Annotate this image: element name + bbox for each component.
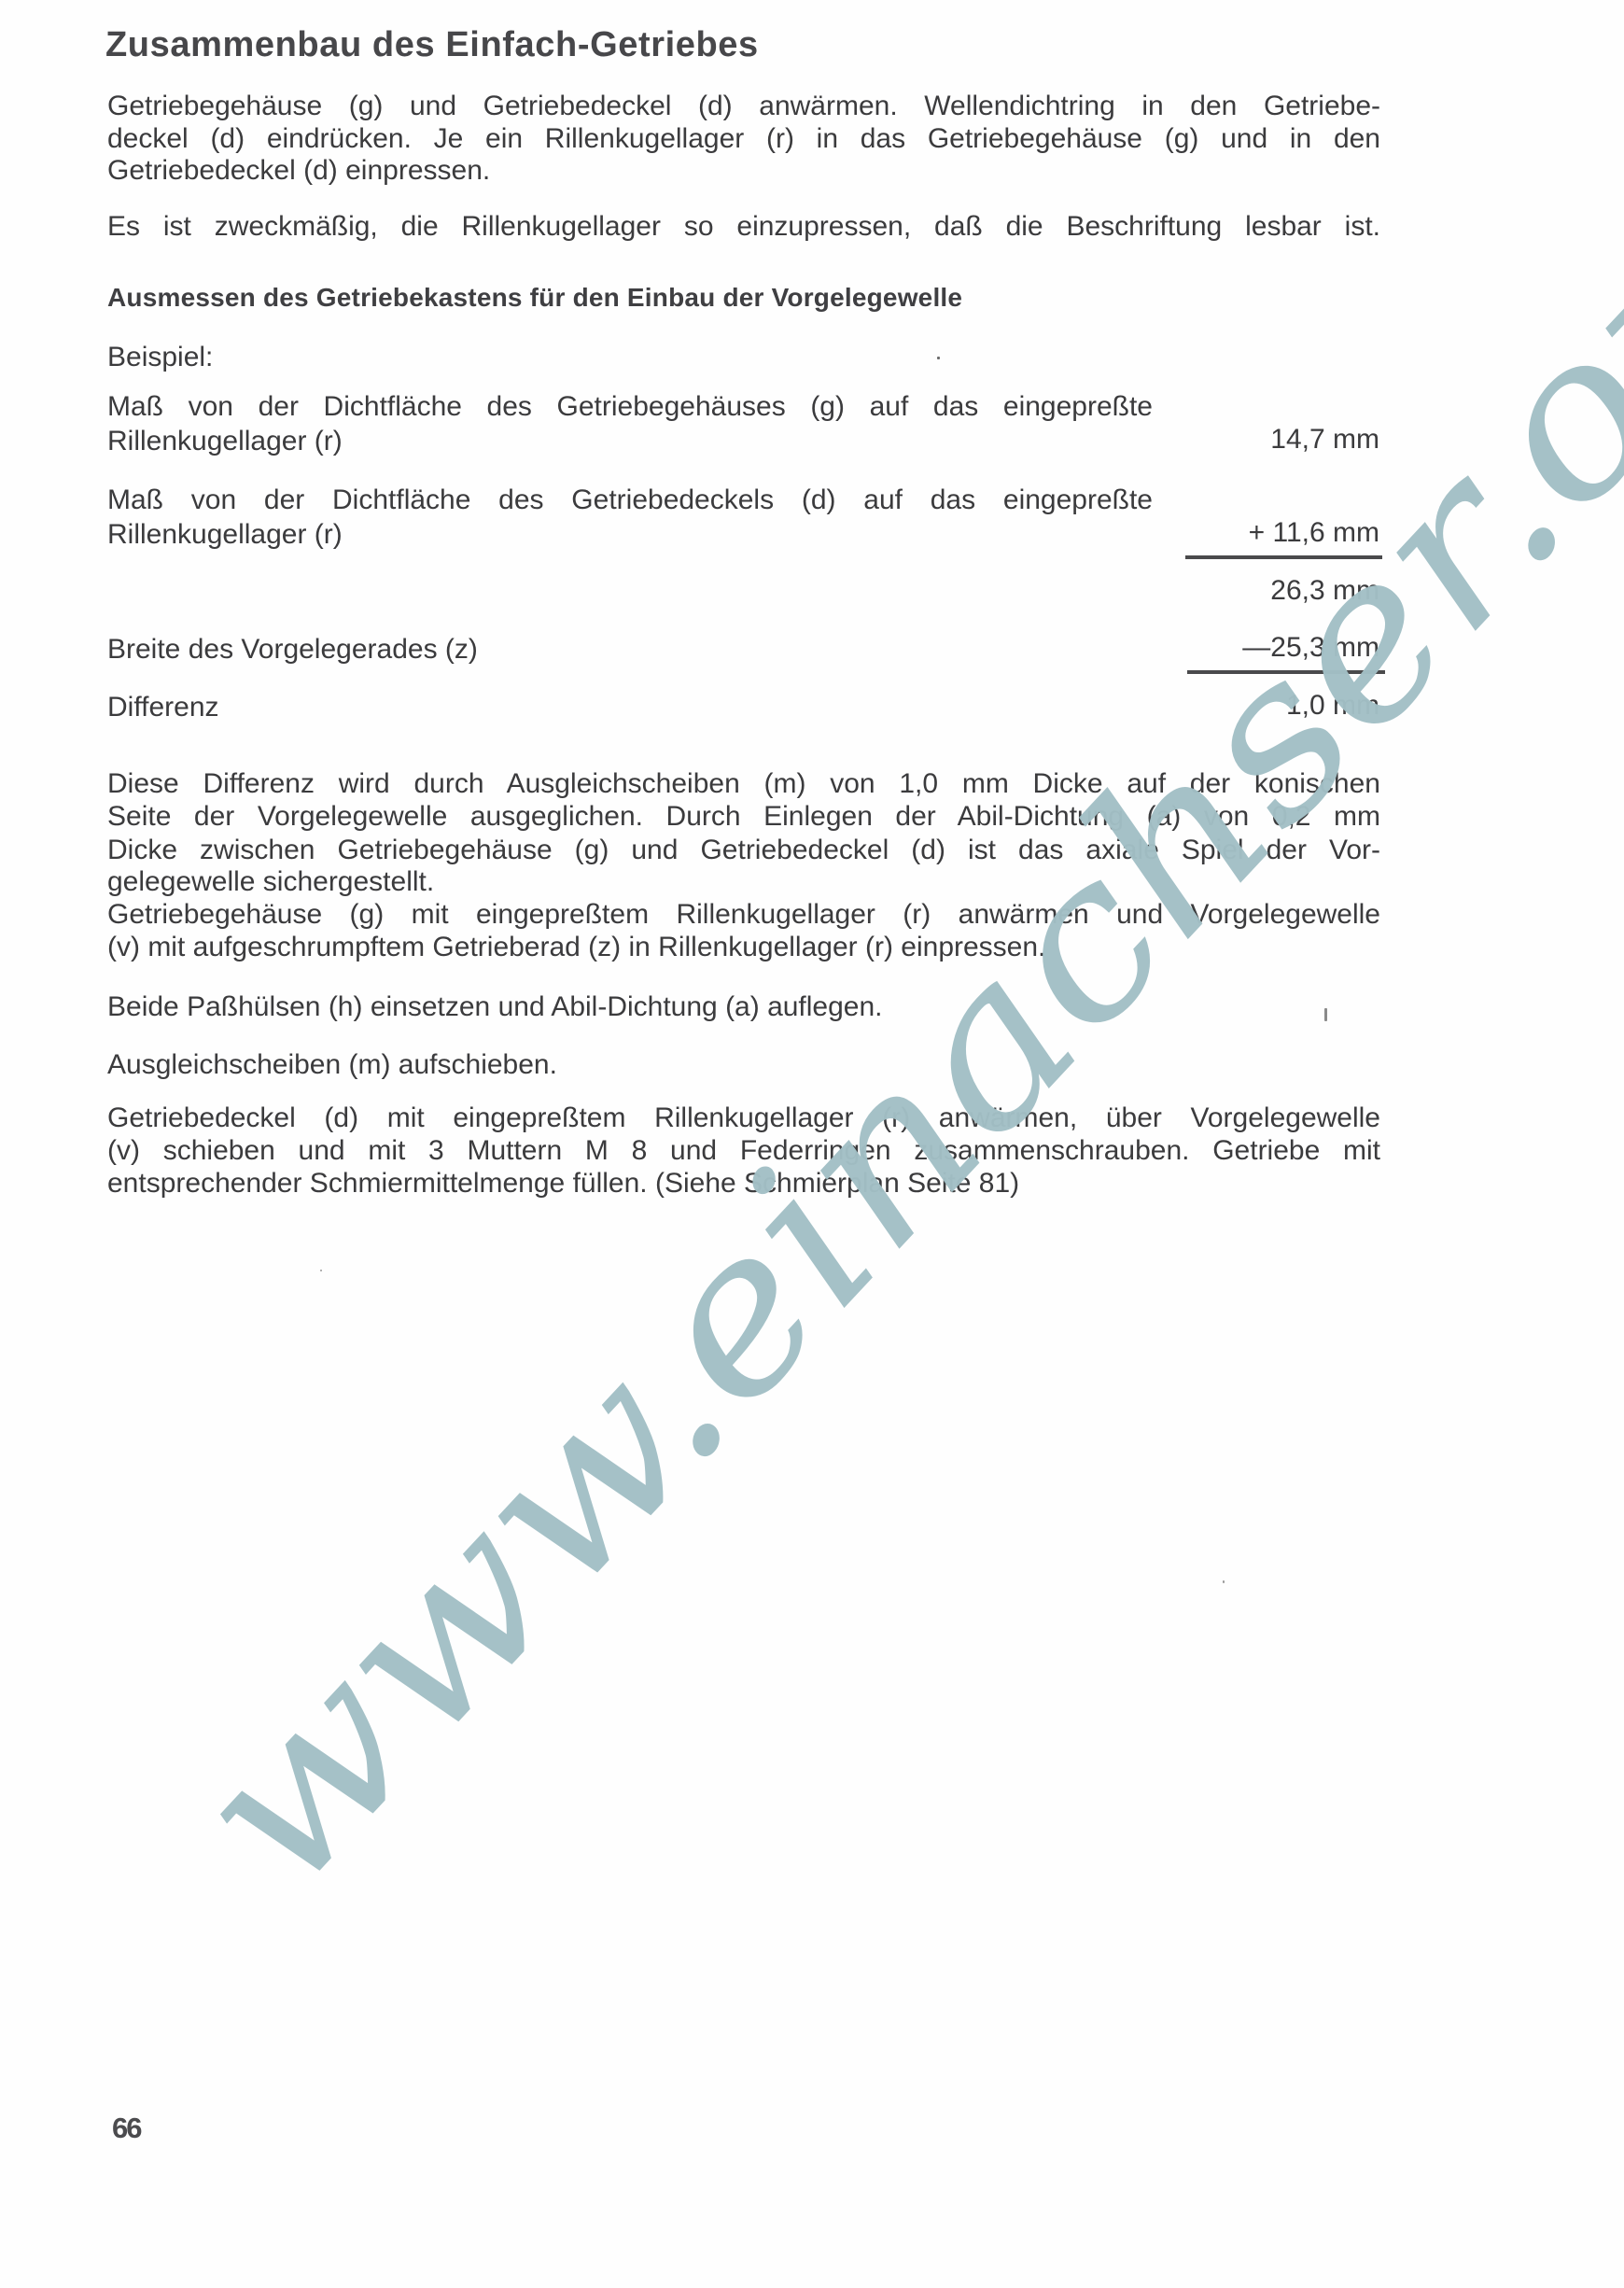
calc-value: —25,3 mm xyxy=(1242,634,1379,662)
calc-label-line: Rillenkugellager (r) xyxy=(107,521,343,549)
page-number: 66 xyxy=(112,2113,140,2142)
calc-label-line: Differenz xyxy=(107,694,219,722)
scan-speck xyxy=(937,357,940,359)
calc-label-line: Rillenkugellager (r) xyxy=(107,428,343,456)
scan-speck xyxy=(1223,1580,1225,1583)
explanation-line-3: Dicke zwischen Getriebegehäuse (g) und G… xyxy=(107,836,1380,864)
calc-label-line: Maß von der Dichtfläche des Getriebedeck… xyxy=(107,486,1153,514)
intro-line-2: deckel (d) eindrücken. Je ein Rillenkuge… xyxy=(107,125,1380,153)
intro-line-1: Getriebegehäuse (g) und Getriebedeckel (… xyxy=(107,92,1380,120)
step-shims: Ausgleichscheiben (m) aufschieben. xyxy=(107,1051,557,1079)
step-dowels: Beide Paßhülsen (h) einsetzen und Abil-D… xyxy=(107,993,883,1021)
final-line-2: (v) schieben und mit 3 Muttern M 8 und F… xyxy=(107,1137,1380,1165)
calc-value: + 11,6 mm xyxy=(1249,519,1379,547)
calc-label-line: Maß von der Dichtfläche des Getriebegehä… xyxy=(107,393,1153,421)
explanation-line-6: (v) mit aufgeschrumpftem Getrieberad (z)… xyxy=(107,933,1045,962)
example-label: Beispiel: xyxy=(107,344,213,372)
calc-value: 1,0 mm xyxy=(1286,692,1379,720)
scan-speck xyxy=(1324,1008,1327,1021)
sum-rule xyxy=(1185,555,1382,559)
explanation-line-1: Diese Differenz wird durch Ausgleichsche… xyxy=(107,770,1380,798)
difference-rule xyxy=(1187,670,1385,674)
explanation-line-5: Getriebegehäuse (g) mit eingepreßtem Ril… xyxy=(107,901,1380,929)
final-line-1: Getriebedeckel (d) mit eingepreßtem Rill… xyxy=(107,1104,1380,1132)
calc-label-line: Breite des Vorgelegerades (z) xyxy=(107,636,478,664)
calc-value: 14,7 mm xyxy=(1270,426,1379,454)
explanation-line-2: Seite der Vorgelegewelle ausgeglichen. D… xyxy=(107,803,1380,831)
note-text: Es ist zweckmäßig, die Rillenkugellager … xyxy=(107,213,1380,241)
calc-value: 26,3 mm xyxy=(1270,577,1379,605)
explanation-line-4: gelegewelle sichergestellt. xyxy=(107,868,434,896)
intro-line-3: Getriebedeckel (d) einpressen. xyxy=(107,157,490,185)
final-line-3: entsprechender Schmiermittelmenge füllen… xyxy=(107,1170,1019,1198)
page-title: Zusammenbau des Einfach-Getriebes xyxy=(105,27,759,63)
scan-speck xyxy=(320,1270,322,1271)
section-heading: Ausmessen des Getriebekastens für den Ei… xyxy=(107,285,962,311)
document-page: Zusammenbau des Einfach-Getriebes Getrie… xyxy=(0,0,1624,2288)
